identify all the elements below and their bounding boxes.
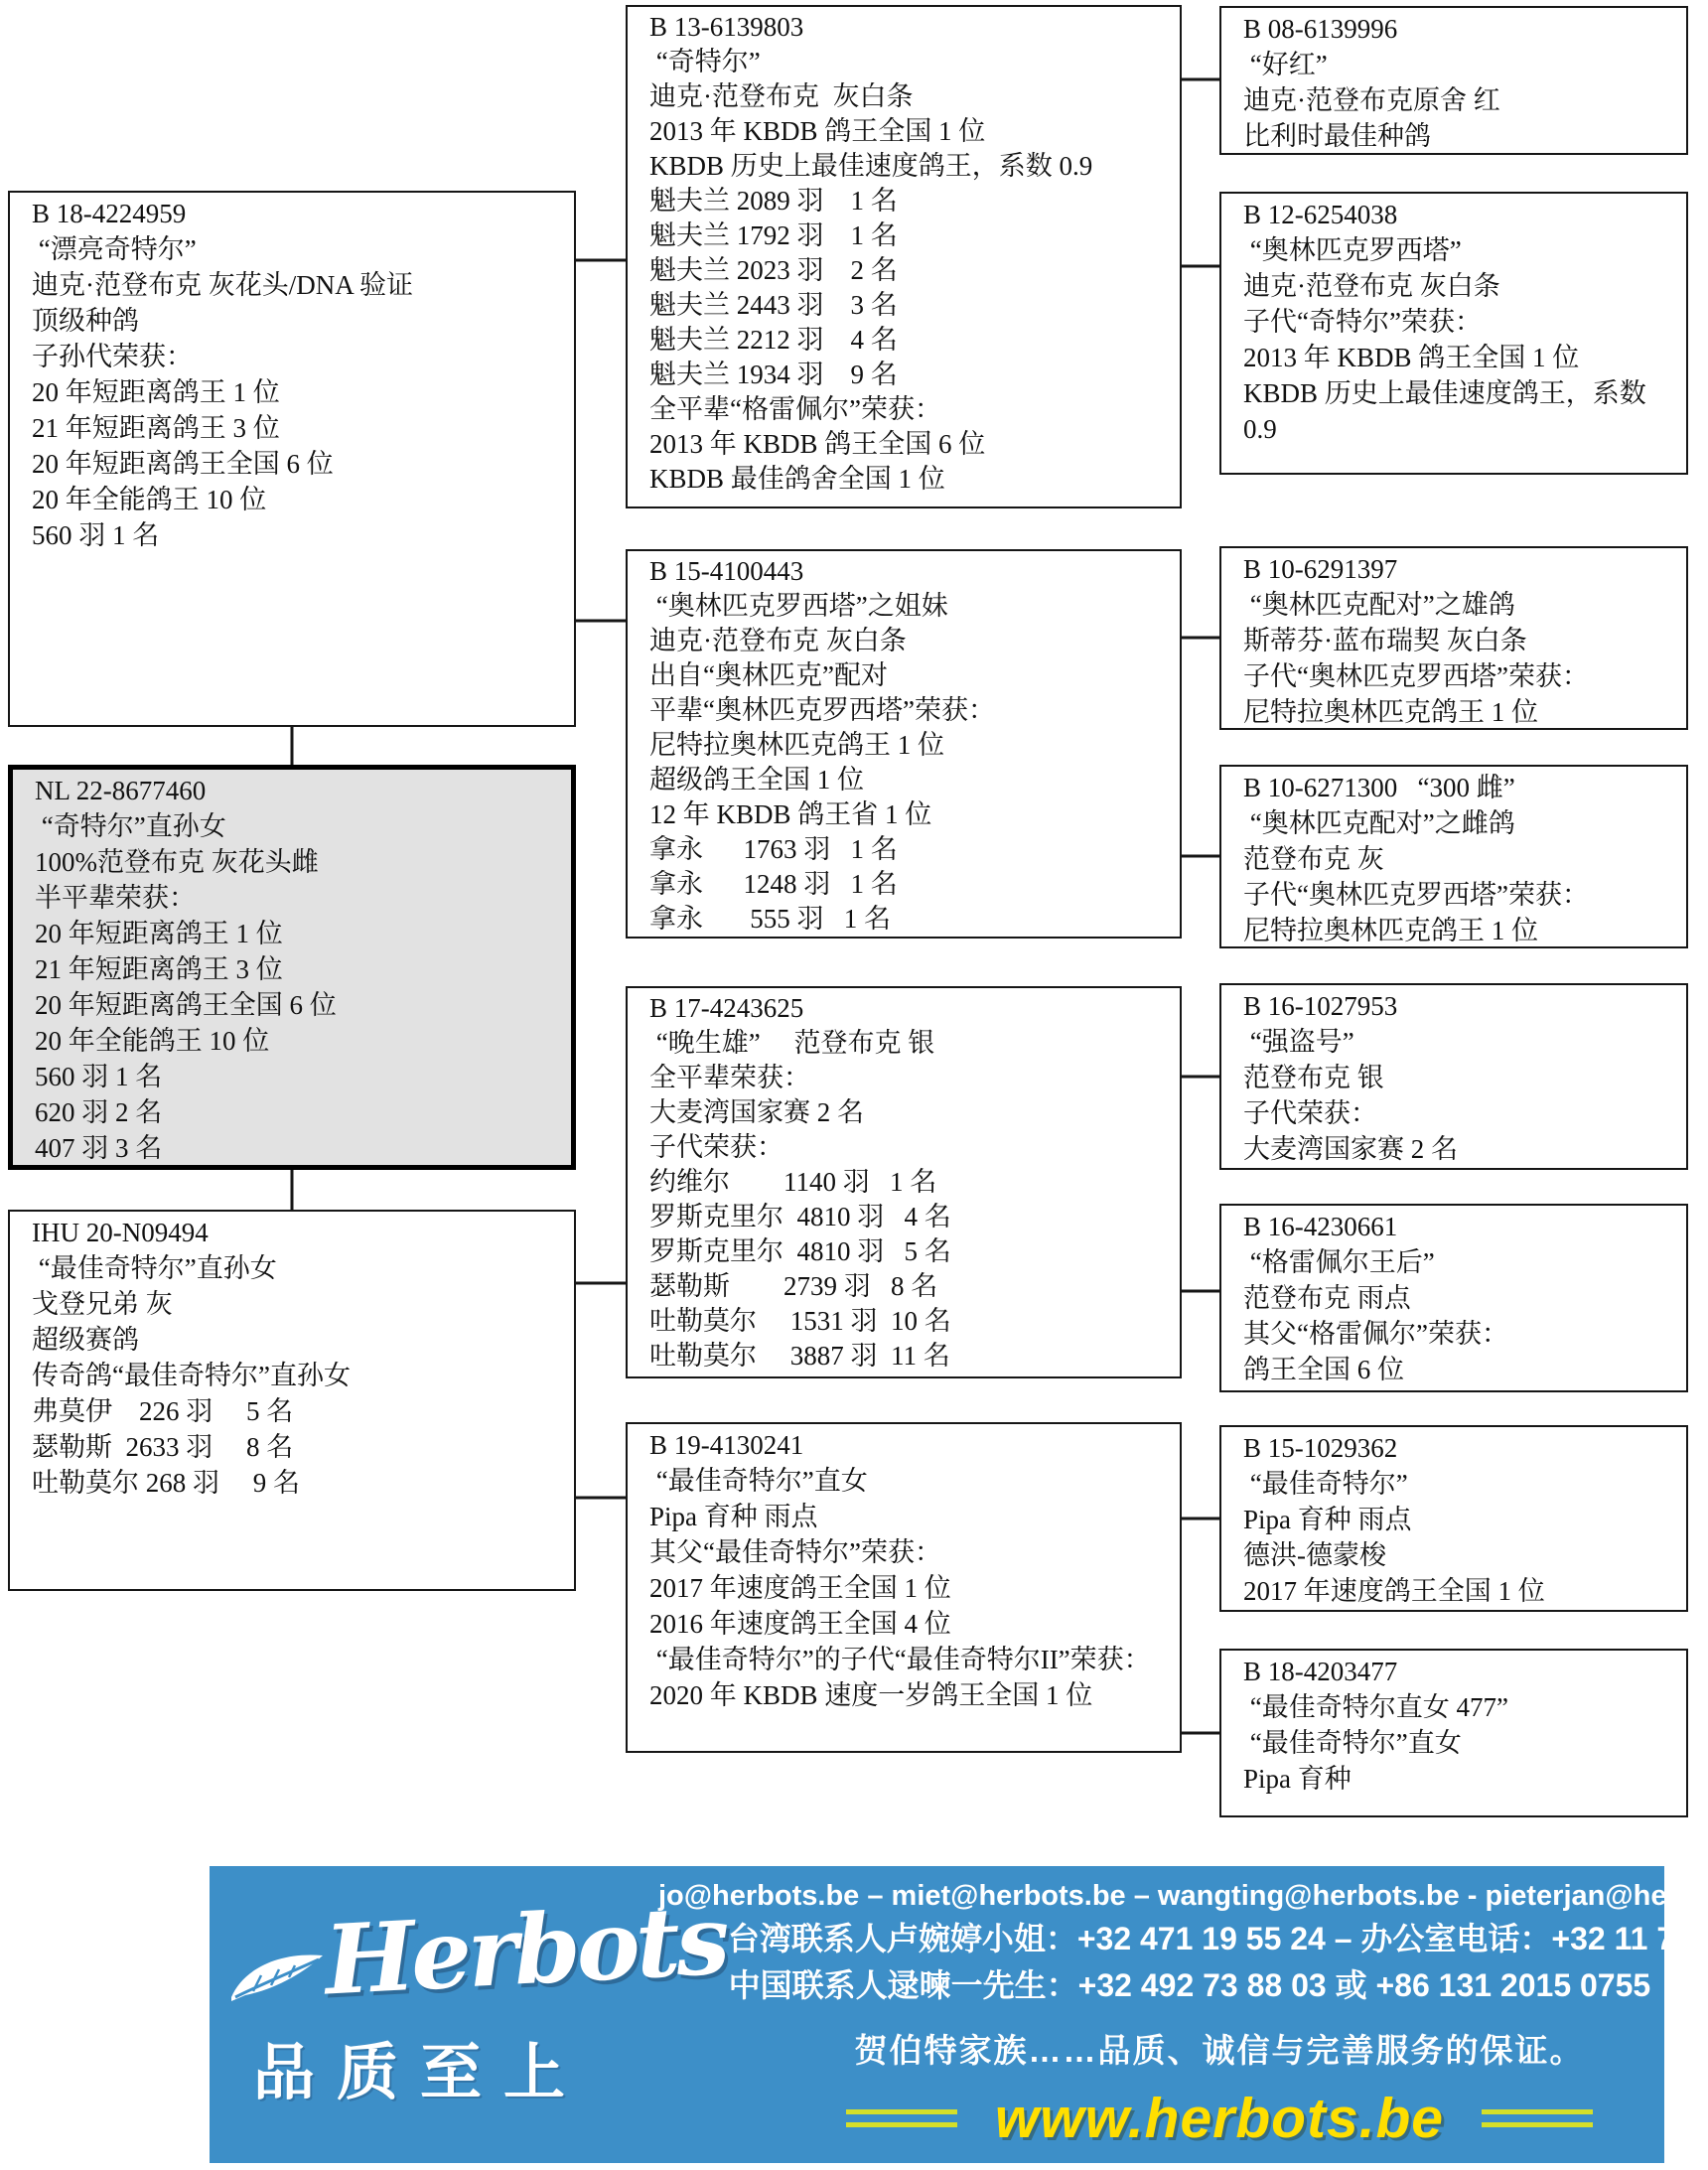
- pedigree-text-line: “最佳奇特尔”: [1243, 1466, 1674, 1502]
- pedigree-text-line: “奇特尔”直孙女: [35, 808, 559, 844]
- pedigree-text-line: 吐勒莫尔 268 羽 9 名: [32, 1465, 562, 1501]
- pedigree-text-line: 半平辈荣获：: [35, 880, 559, 916]
- left-dash-decoration: [846, 2109, 957, 2127]
- herbots-logo-slogan: 品质至上: [253, 2023, 587, 2111]
- pedigree-text-line: 鸽王全国 6 位: [1243, 1352, 1674, 1387]
- pedigree-text-line: 传奇鸽“最佳奇特尔”直孙女: [32, 1358, 562, 1393]
- pedigree-text-line: 21 年短距离鸽王 3 位: [35, 951, 559, 987]
- pedigree-text-line: 20 年短距离鸽王 1 位: [35, 916, 559, 951]
- pedigree-text-line: B 18-4224959: [32, 196, 562, 231]
- pedigree-text-line: 迪克·范登布克 灰白条: [649, 624, 1168, 658]
- pedigree-text-line: B 15-1029362: [1243, 1430, 1674, 1466]
- pedigree-text-line: 560 羽 1 名: [32, 517, 562, 553]
- pedigree-text-line: 迪克·范登布克原舍 红: [1243, 82, 1674, 118]
- pedigree-text-line: 子代“奇特尔”荣获：: [1243, 304, 1674, 340]
- pedigree-text-line: 2013 年 KBDB 鸽王全国 1 位: [649, 114, 1168, 149]
- pedigree-text-line: 魁夫兰 1934 羽 9 名: [649, 358, 1168, 392]
- pedigree-page: B 18-4224959 “漂亮奇特尔”迪克·范登布克 灰花头/DNA 验证顶级…: [0, 0, 1708, 2170]
- pedigree-text-line: 范登布克 雨点: [1243, 1280, 1674, 1316]
- pedigree-text-line: B 16-4230661: [1243, 1209, 1674, 1244]
- contact-emails-main: jo@herbots.be – miet@herbots.be – wangti…: [658, 1880, 1485, 1912]
- pedigree-text-line: B 16-1027953: [1243, 988, 1674, 1024]
- pedigree-text-line: KBDB 最佳鸽舍全国 1 位: [649, 462, 1168, 497]
- pedigree-text-line: IHU 20-N09494: [32, 1215, 562, 1250]
- pedigree-text-line: Pipa 育种: [1243, 1761, 1674, 1797]
- pedigree-text-line: 德洪-德蒙梭: [1243, 1537, 1674, 1573]
- contact-emails: jo@herbots.be – miet@herbots.be – wangti…: [658, 1876, 1708, 1916]
- contact-email-pieterjan: pieterjan@herbots.be: [1485, 1880, 1708, 1912]
- pedigree-text-line: 迪克·范登布克 灰白条: [1243, 268, 1674, 304]
- pedigree-box-dam-sire: B 17-4243625 “晚生雄” 范登布克 银全平辈荣获：大麦湾国家赛 2 …: [626, 986, 1182, 1378]
- pedigree-text-line: 尼特拉奥林匹克鸽王 1 位: [1243, 694, 1674, 730]
- pedigree-text-line: 20 年短距离鸽王全国 6 位: [32, 446, 562, 482]
- pedigree-text-line: B 12-6254038: [1243, 197, 1674, 232]
- pedigree-text-line: 20 年全能鸽王 10 位: [32, 482, 562, 517]
- pedigree-text-line: 尼特拉奥林匹克鸽王 1 位: [1243, 913, 1674, 948]
- pedigree-text-line: 拿永 1763 羽 1 名: [649, 832, 1168, 867]
- pedigree-text-line: 吐勒莫尔 1531 羽 10 名: [649, 1304, 1168, 1339]
- pedigree-text-line: 罗斯克里尔 4810 羽 5 名: [649, 1234, 1168, 1269]
- pedigree-box-subject: NL 22-8677460 “奇特尔”直孙女100%范登布克 灰花头雌半平辈荣获…: [8, 765, 576, 1170]
- pedigree-text-line: B 13-6139803: [649, 10, 1168, 45]
- pedigree-text-line: 2020 年 KBDB 速度一岁鸽王全国 1 位: [649, 1677, 1168, 1713]
- pedigree-box-ggp-1: B 08-6139996 “好红”迪克·范登布克原舍 红比利时最佳种鸽: [1219, 6, 1688, 155]
- pedigree-text-line: 大麦湾国家赛 2 名: [649, 1095, 1168, 1130]
- pedigree-text-line: “晚生雄” 范登布克 银: [649, 1026, 1168, 1061]
- pedigree-text-line: 2013 年 KBDB 鸽王全国 6 位: [649, 427, 1168, 462]
- pedigree-text-line: 吐勒莫尔 3887 羽 11 名: [649, 1339, 1168, 1374]
- pedigree-text-line: 比利时最佳种鸽: [1243, 118, 1674, 154]
- right-dash-decoration: [1482, 2109, 1593, 2127]
- pedigree-text-line: 迪克·范登布克 灰花头/DNA 验证: [32, 267, 562, 303]
- herbots-logo-text: Herbots: [322, 1884, 728, 2017]
- pedigree-text-line: 顶级种鸽: [32, 303, 562, 339]
- pedigree-box-ggp-8: B 18-4203477 “最佳奇特尔直女 477” “最佳奇特尔”直女Pipa…: [1219, 1649, 1688, 1817]
- pedigree-text-line: 大麦湾国家赛 2 名: [1243, 1131, 1674, 1167]
- pedigree-text-line: 20 年短距离鸽王 1 位: [32, 374, 562, 410]
- pedigree-text-line: 戈登兄弟 灰: [32, 1286, 562, 1322]
- pedigree-text-line: 平辈“奥林匹克罗西塔”荣获：: [649, 693, 1168, 728]
- pedigree-text-line: 魁夫兰 2443 羽 3 名: [649, 288, 1168, 323]
- pedigree-text-line: 范登布克 银: [1243, 1060, 1674, 1095]
- banner-slogan: 贺伯特家族……品质、诚信与完善服务的保证。: [658, 2025, 1708, 2072]
- pedigree-text-line: “奥林匹克罗西塔”: [1243, 232, 1674, 268]
- pedigree-text-line: 620 羽 2 名: [35, 1094, 559, 1130]
- pedigree-text-line: 迪克·范登布克 灰白条: [649, 79, 1168, 114]
- herbots-banner: Herbots 品质至上 jo@herbots.be – miet@herbot…: [210, 1866, 1664, 2163]
- pedigree-text-line: 子代荣获：: [1243, 1095, 1674, 1131]
- pedigree-text-line: 魁夫兰 2023 羽 2 名: [649, 253, 1168, 288]
- pedigree-box-ggp-6: B 16-4230661 “格雷佩尔王后”范登布克 雨点其父“格雷佩尔”荣获：鸽…: [1219, 1204, 1688, 1392]
- herbots-contact-block: jo@herbots.be – miet@herbots.be – wangti…: [658, 1876, 1708, 2157]
- pedigree-text-line: 约维尔 1140 羽 1 名: [649, 1165, 1168, 1200]
- pedigree-text-line: 超级赛鸽: [32, 1322, 562, 1358]
- pedigree-text-line: B 10-6271300 “300 雌”: [1243, 770, 1674, 805]
- pedigree-text-line: 拿永 1248 羽 1 名: [649, 867, 1168, 902]
- pedigree-text-line: 12 年 KBDB 鸽王省 1 位: [649, 797, 1168, 832]
- pedigree-text-line: “最佳奇特尔直女 477”: [1243, 1689, 1674, 1725]
- herbots-logo-block: Herbots 品质至上: [223, 1876, 658, 2157]
- feather-icon: [223, 1940, 333, 2019]
- pedigree-text-line: 魁夫兰 2089 羽 1 名: [649, 184, 1168, 218]
- pedigree-text-line: “奇特尔”: [649, 45, 1168, 79]
- pedigree-box-ggp-4: B 10-6271300 “300 雌” “奥林匹克配对”之雌鸽范登布克 灰子代…: [1219, 765, 1688, 948]
- pedigree-text-line: 子代“奥林匹克罗西塔”荣获：: [1243, 877, 1674, 913]
- pedigree-text-line: “奥林匹克配对”之雄鸽: [1243, 587, 1674, 623]
- pedigree-text-line: 全平辈“格雷佩尔”荣获：: [649, 392, 1168, 427]
- pedigree-text-line: Pipa 育种 雨点: [1243, 1502, 1674, 1537]
- pedigree-box-sire-dam: B 15-4100443 “奥林匹克罗西塔”之姐妹迪克·范登布克 灰白条出自“奥…: [626, 549, 1182, 939]
- pedigree-text-line: 瑟勒斯 2739 羽 8 名: [649, 1269, 1168, 1304]
- pedigree-text-line: 20 年全能鸽王 10 位: [35, 1023, 559, 1059]
- pedigree-text-line: B 08-6139996: [1243, 11, 1674, 47]
- pedigree-text-line: 2017 年速度鸽王全国 1 位: [1243, 1573, 1674, 1609]
- contact-taiwan-line: 台湾联系人卢婉婷小姐：+32 471 19 55 24 – 办公室电话：+32 …: [658, 1916, 1708, 1962]
- pedigree-text-line: 其父“格雷佩尔”荣获：: [1243, 1316, 1674, 1352]
- pedigree-text-line: “最佳奇特尔”直女: [649, 1463, 1168, 1499]
- pedigree-text-line: 全平辈荣获：: [649, 1061, 1168, 1095]
- pedigree-text-line: 407 羽 3 名: [35, 1130, 559, 1166]
- pedigree-text-line: Pipa 育种 雨点: [649, 1499, 1168, 1534]
- pedigree-text-line: 子孙代荣获：: [32, 339, 562, 374]
- pedigree-text-line: 超级鸽王全国 1 位: [649, 763, 1168, 797]
- pedigree-text-line: 魁夫兰 2212 羽 4 名: [649, 323, 1168, 358]
- pedigree-text-line: 瑟勒斯 2633 羽 8 名: [32, 1429, 562, 1465]
- pedigree-text-line: “最佳奇特尔”直女: [1243, 1725, 1674, 1761]
- pedigree-text-line: 尼特拉奥林匹克鸽王 1 位: [649, 728, 1168, 763]
- pedigree-text-line: “最佳奇特尔”直孙女: [32, 1250, 562, 1286]
- pedigree-text-line: “好红”: [1243, 47, 1674, 82]
- pedigree-box-ggp-5: B 16-1027953 “强盗号”范登布克 银子代荣获：大麦湾国家赛 2 名: [1219, 983, 1688, 1170]
- pedigree-text-line: KBDB 历史上最佳速度鸽王，系数 0.9: [1243, 375, 1674, 447]
- pedigree-text-line: 弗莫伊 226 羽 5 名: [32, 1393, 562, 1429]
- pedigree-box-dam: IHU 20-N09494 “最佳奇特尔”直孙女戈登兄弟 灰超级赛鸽传奇鸽“最佳…: [8, 1210, 576, 1591]
- pedigree-text-line: 斯蒂芬·蓝布瑞契 灰白条: [1243, 623, 1674, 658]
- pedigree-text-line: 21 年短距离鸽王 3 位: [32, 410, 562, 446]
- pedigree-text-line: B 17-4243625: [649, 991, 1168, 1026]
- pedigree-text-line: 100%范登布克 灰花头雌: [35, 844, 559, 880]
- pedigree-text-line: 560 羽 1 名: [35, 1059, 559, 1094]
- pedigree-text-line: “漂亮奇特尔”: [32, 231, 562, 267]
- pedigree-box-ggp-3: B 10-6291397 “奥林匹克配对”之雄鸽斯蒂芬·蓝布瑞契 灰白条子代“奥…: [1219, 546, 1688, 730]
- pedigree-text-line: B 15-4100443: [649, 554, 1168, 589]
- pedigree-text-line: 2017 年速度鸽王全国 1 位: [649, 1570, 1168, 1606]
- pedigree-text-line: 其父“最佳奇特尔”荣获：: [649, 1534, 1168, 1570]
- pedigree-text-line: 子代荣获：: [649, 1130, 1168, 1165]
- pedigree-text-line: 2013 年 KBDB 鸽王全国 1 位: [1243, 340, 1674, 375]
- pedigree-box-sire: B 18-4224959 “漂亮奇特尔”迪克·范登布克 灰花头/DNA 验证顶级…: [8, 191, 576, 727]
- pedigree-text-line: 魁夫兰 1792 羽 1 名: [649, 218, 1168, 253]
- pedigree-text-line: 子代“奥林匹克罗西塔”荣获：: [1243, 658, 1674, 694]
- pedigree-text-line: B 19-4130241: [649, 1427, 1168, 1463]
- pedigree-text-line: 范登布克 灰: [1243, 841, 1674, 877]
- pedigree-box-dam-dam: B 19-4130241 “最佳奇特尔”直女Pipa 育种 雨点其父“最佳奇特尔…: [626, 1422, 1182, 1753]
- pedigree-text-line: 罗斯克里尔 4810 羽 4 名: [649, 1200, 1168, 1234]
- pedigree-box-ggp-7: B 15-1029362 “最佳奇特尔”Pipa 育种 雨点德洪-德蒙梭2017…: [1219, 1425, 1688, 1612]
- pedigree-text-line: 2016 年速度鸽王全国 4 位: [649, 1606, 1168, 1642]
- pedigree-text-line: 出自“奥林匹克”配对: [649, 658, 1168, 693]
- pedigree-box-ggp-2: B 12-6254038 “奥林匹克罗西塔”迪克·范登布克 灰白条子代“奇特尔”…: [1219, 192, 1688, 475]
- pedigree-text-line: 拿永 555 羽 1 名: [649, 902, 1168, 937]
- pedigree-text-line: NL 22-8677460: [35, 773, 559, 808]
- pedigree-text-line: KBDB 历史上最佳速度鸽王，系数 0.9: [649, 149, 1168, 184]
- contact-china-line: 中国联系人逯暕一先生：+32 492 73 88 03 或 +86 131 20…: [658, 1962, 1708, 2009]
- pedigree-text-line: “奥林匹克罗西塔”之姐妹: [649, 589, 1168, 624]
- website-row: www.herbots.be: [658, 2086, 1708, 2151]
- pedigree-text-line: B 10-6291397: [1243, 551, 1674, 587]
- pedigree-text-line: B 18-4203477: [1243, 1654, 1674, 1689]
- website-url: www.herbots.be: [995, 2086, 1444, 2151]
- pedigree-text-line: “强盗号”: [1243, 1024, 1674, 1060]
- pedigree-text-line: 20 年短距离鸽王全国 6 位: [35, 987, 559, 1023]
- pedigree-text-line: “最佳奇特尔”的子代“最佳奇特尔II”荣获：: [649, 1642, 1168, 1677]
- pedigree-text-line: “奥林匹克配对”之雌鸽: [1243, 805, 1674, 841]
- pedigree-text-line: “格雷佩尔王后”: [1243, 1244, 1674, 1280]
- pedigree-box-sire-sire: B 13-6139803 “奇特尔”迪克·范登布克 灰白条2013 年 KBDB…: [626, 5, 1182, 508]
